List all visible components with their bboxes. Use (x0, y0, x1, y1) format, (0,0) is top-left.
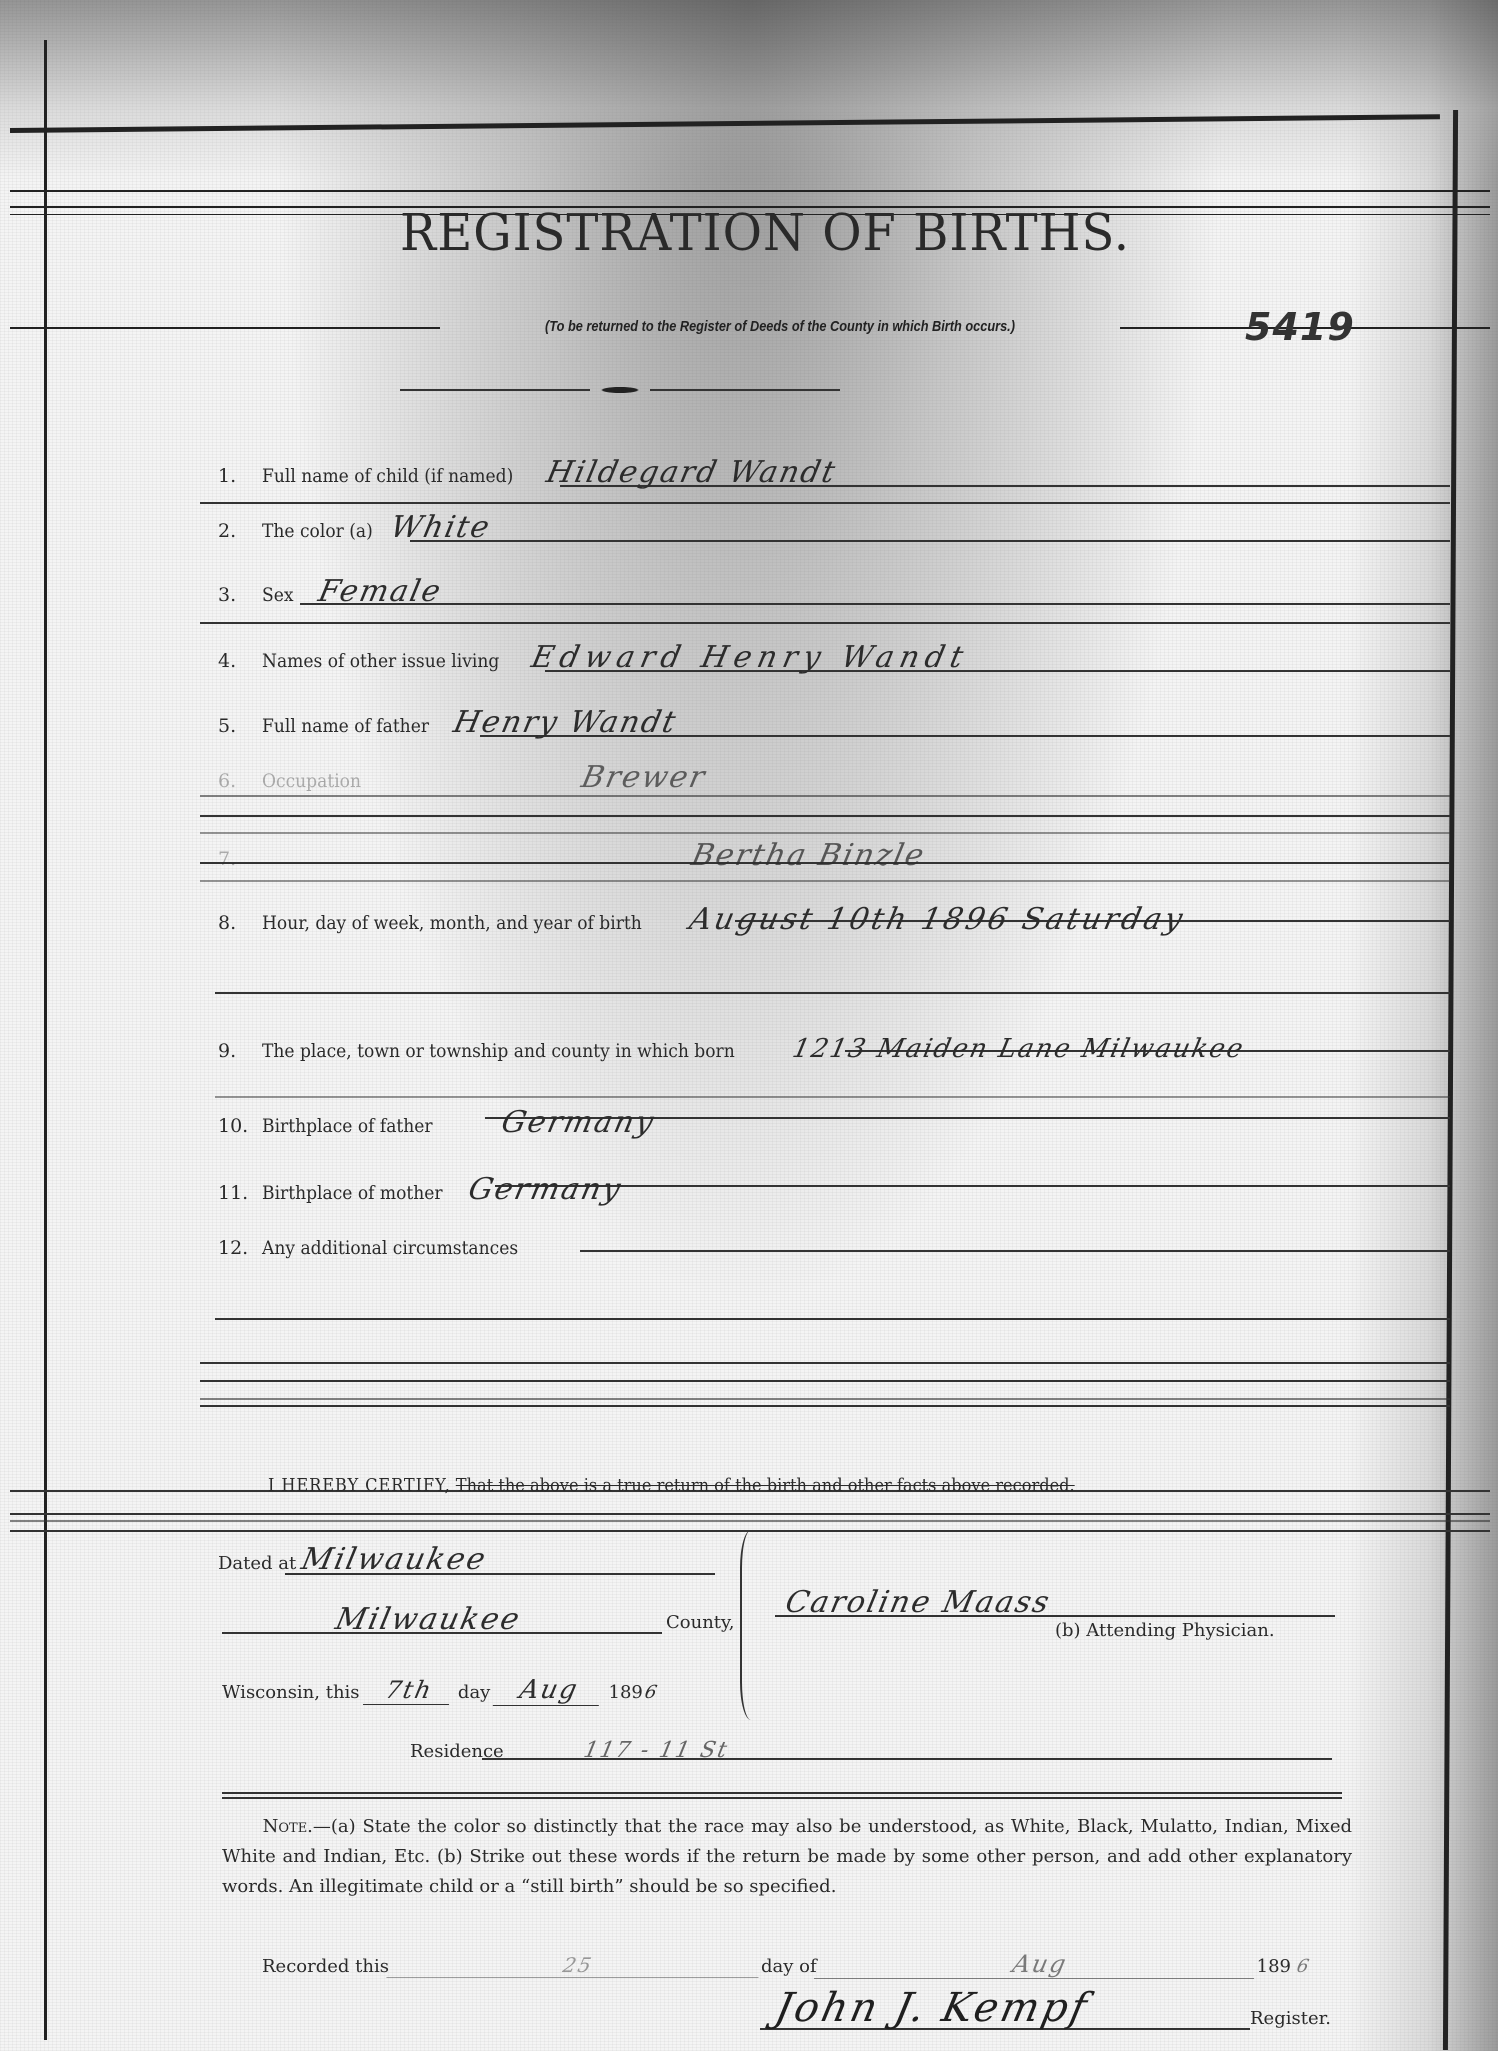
rule (200, 1398, 1450, 1400)
physician-label-wrap: (b) Attending Physician. (1055, 1620, 1275, 1641)
field-number: 7. (218, 848, 262, 870)
field-value: 1213 Maiden Lane Milwaukee (784, 1034, 1248, 1064)
certify-lead: I HEREBY CERTIFY, (268, 1475, 451, 1496)
county-value: Milwaukee (326, 1602, 524, 1637)
field-3-underline (300, 603, 1450, 605)
field-value: Female (293, 574, 445, 609)
month-value: Aug (493, 1675, 606, 1706)
rule (10, 1513, 1490, 1515)
recorded-year-prefix: 189 (1257, 1956, 1291, 1977)
title-ornament (400, 385, 840, 395)
register-signature-value: John J. Kempf (765, 1985, 1093, 2031)
day-label: day (458, 1682, 490, 1703)
note-lead: Note. (263, 1816, 313, 1837)
field-birth-datetime: 8. Hour, day of week, month, and year of… (218, 912, 1185, 937)
rule (200, 832, 1450, 834)
recorded-day-of-label: day of (761, 1956, 817, 1977)
field-label: Birthplace of mother (262, 1182, 443, 1204)
certification-date: Wisconsin, this 7th day Aug 189 6 (222, 1675, 658, 1706)
field-additional-circumstances: 12. Any additional circumstances (218, 1237, 553, 1259)
field-value: Germany (448, 1105, 658, 1140)
residence-value: 117 - 11 St (501, 1738, 731, 1763)
field-label: Any additional circumstances (262, 1237, 518, 1259)
physician-signature-value: Caroline Maass (776, 1585, 1054, 1620)
register-number: 5419 (1245, 305, 1355, 349)
field-label: Hour, day of week, month, and year of bi… (262, 912, 642, 934)
field-mother-name: 7. Bertha Binzle (218, 838, 925, 873)
register-signature: John J. Kempf (770, 1985, 1089, 2031)
field-label: Birthplace of father (262, 1115, 433, 1137)
field-value: Henry Wandt (444, 705, 680, 740)
field-number: 4. (218, 650, 262, 672)
dated-at-value: Milwaukee (293, 1542, 491, 1577)
field-occupation: 6. Occupation Brewer (218, 770, 706, 795)
field-father-birthplace: 10. Birthplace of father Germany (218, 1105, 654, 1140)
field-number: 2. (218, 520, 262, 542)
certify-text: That the above is a true return of the b… (456, 1475, 1075, 1496)
year-prefix: 189 (609, 1682, 643, 1703)
field-mother-birthplace: 11. Birthplace of mother Germany (218, 1172, 621, 1207)
brace (740, 1530, 762, 1720)
physician-signature: Caroline Maass (780, 1585, 1050, 1620)
rule (222, 1797, 1342, 1799)
county: Milwaukee (330, 1602, 520, 1637)
certification-statement: I HEREBY CERTIFY, That the above is a tr… (268, 1475, 1075, 1496)
rule (200, 880, 1450, 882)
field-other-issue: 4. Names of other issue living Edward He… (218, 640, 968, 675)
note: Note.—(a) State the color so distinctly … (222, 1812, 1352, 1902)
field-label: Sex (262, 584, 293, 606)
rule (215, 992, 1450, 994)
field-number: 5. (218, 715, 262, 737)
dated-at-label: Dated at (218, 1553, 296, 1574)
field-2-underline (410, 540, 1450, 542)
rule (215, 1096, 1450, 1098)
field-number: 8. (218, 912, 262, 934)
field-11-underline (495, 1185, 1450, 1187)
field-value: Bertha Binzle (258, 838, 929, 873)
residence: Residence 117 - 11 St (410, 1738, 728, 1763)
rule (200, 1380, 1450, 1382)
field-number: 12. (218, 1237, 262, 1259)
field-number: 6. (218, 770, 262, 792)
field-label: The color (a) (262, 520, 373, 542)
rule (200, 815, 1450, 817)
physician-label: (b) Attending Physician. (1055, 1620, 1275, 1641)
rule (10, 1520, 1490, 1522)
rule (200, 502, 1450, 504)
county-label-wrap: County, (666, 1612, 735, 1633)
residence-label: Residence (410, 1741, 504, 1762)
subtitle-rule-left (10, 327, 440, 329)
field-label: Occupation (262, 770, 361, 792)
field-number: 1. (218, 465, 262, 487)
recorded: Recorded this 25 day of Aug 189 6 (262, 1950, 1310, 1979)
field-label: Full name of child (if named) (262, 465, 513, 487)
field-label: Names of other issue living (262, 650, 499, 672)
field-child-name: 1. Full name of child (if named) Hildega… (218, 455, 836, 490)
field-value: Edward Henry Wandt (522, 640, 972, 675)
register-label-wrap: Register. (1250, 2008, 1331, 2029)
recorded-label: Recorded this (262, 1956, 389, 1977)
rule (200, 1405, 1450, 1407)
rule (200, 622, 1450, 624)
rule (215, 1318, 1450, 1320)
field-number: 11. (218, 1182, 262, 1204)
field-value: Germany (459, 1172, 625, 1207)
field-value: Brewer (368, 760, 709, 795)
recorded-day-value: 25 (386, 1953, 763, 1978)
scan-shadow-top (0, 0, 1498, 180)
field-label: The place, town or township and county i… (262, 1040, 735, 1062)
field-value: Hildegard Wandt (537, 455, 840, 490)
year-suffix: 6 (641, 1682, 661, 1703)
county-label: County, (666, 1612, 735, 1633)
rule (200, 795, 1450, 797)
document-subtitle: (To be returned to the Register of Deeds… (491, 318, 1069, 335)
field-birth-place: 9. The place, town or township and count… (218, 1040, 1245, 1064)
field-color: 2. The color (a) White (218, 510, 491, 545)
rule (200, 1362, 1450, 1364)
field-number: 3. (218, 584, 262, 606)
field-value: August 10th 1896 Saturday (680, 902, 1188, 937)
rule (222, 1792, 1342, 1794)
left-margin-rule (44, 40, 47, 2040)
field-number: 9. (218, 1040, 262, 1062)
state-label: Wisconsin, this (222, 1682, 360, 1703)
field-number: 10. (218, 1115, 262, 1137)
field-value: White (381, 510, 494, 545)
field-label: Full name of father (262, 715, 429, 737)
register-label: Register. (1250, 2008, 1331, 2029)
note-text: —(a) State the color so distinctly that … (222, 1816, 1352, 1897)
field-sex: 3. Sex Female (218, 574, 442, 609)
header-rule-1 (10, 190, 1490, 192)
dated-at: Dated at Milwaukee (218, 1553, 487, 1577)
document-title: REGISTRATION OF BIRTHS. (345, 204, 1185, 263)
recorded-month-value: Aug (814, 1950, 1260, 1979)
recorded-year-suffix: 6 (1289, 1956, 1313, 1977)
field-12-underline (580, 1250, 1450, 1252)
field-father-name: 5. Full name of father Henry Wandt (218, 705, 676, 740)
day-value: 7th (362, 1676, 455, 1705)
